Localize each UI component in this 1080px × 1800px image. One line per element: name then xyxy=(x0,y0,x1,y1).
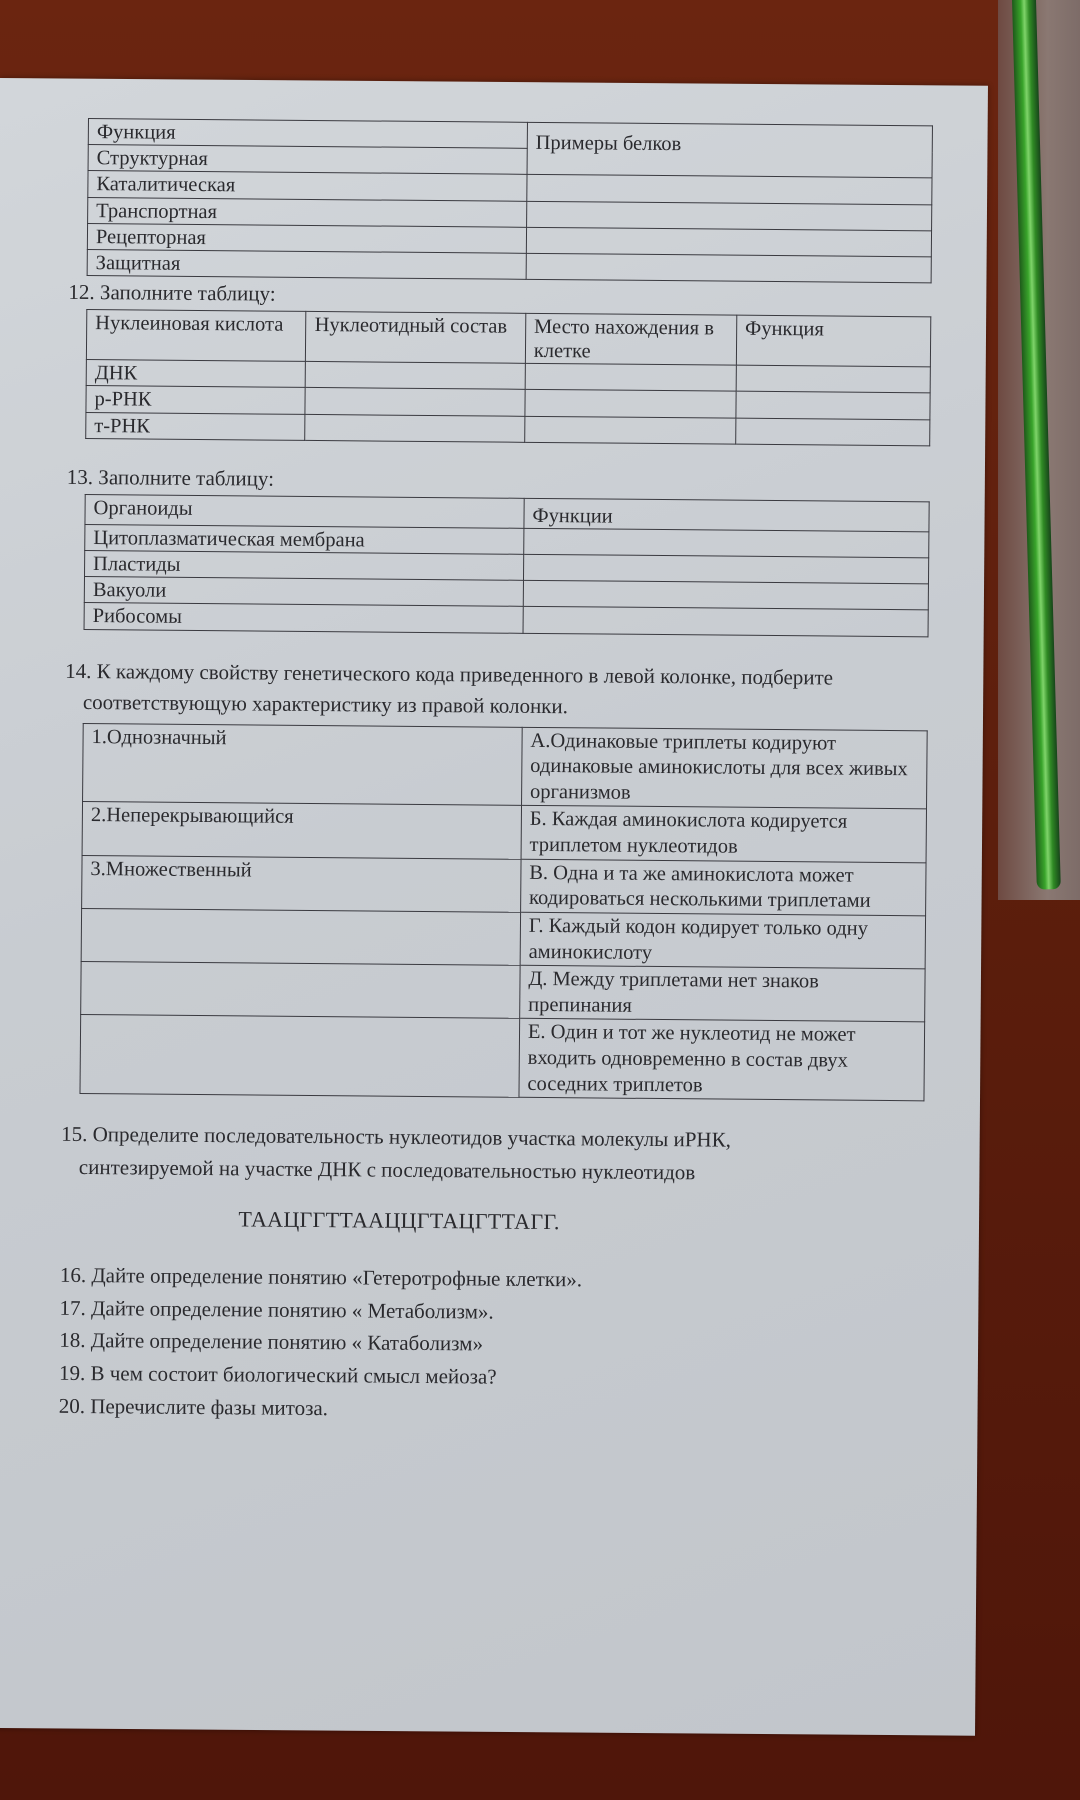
question-13-title: 13. Заполните таблицу: xyxy=(67,465,930,497)
table-cell: Каталитическая xyxy=(88,171,527,201)
property-cell xyxy=(81,962,520,1019)
answer-cell[interactable] xyxy=(736,392,930,420)
answer-cell[interactable] xyxy=(525,416,736,444)
table-cell: т-РНК xyxy=(86,412,306,440)
property-cell xyxy=(80,1015,520,1098)
property-cell: 3.Множественный xyxy=(82,855,521,912)
question-15-text: 15. Определите последовательность нуклео… xyxy=(61,1118,925,1191)
answer-cell[interactable] xyxy=(525,390,736,418)
answer-cell[interactable] xyxy=(526,253,931,283)
question-12-title: 12. Заполните таблицу: xyxy=(68,280,931,312)
table-cell: Транспортная xyxy=(88,197,527,227)
property-cell: 1.Однозначный xyxy=(83,723,523,806)
answer-cell[interactable] xyxy=(736,365,930,393)
answer-cell[interactable] xyxy=(305,388,525,416)
answer-cell[interactable] xyxy=(526,201,931,231)
table-cell: Структурная xyxy=(88,145,527,175)
worksheet-content: Функция Примеры белков Структурная Катал… xyxy=(77,118,933,1429)
question-list: 16. Дайте определение понятию «Гетеротро… xyxy=(59,1259,923,1429)
characteristic-cell: В. Одна и та же аминокислота может кодир… xyxy=(520,859,926,916)
table-cell: ДНК xyxy=(86,360,306,388)
characteristic-cell: Д. Между триплетами нет знаков препинани… xyxy=(520,965,926,1022)
answer-cell[interactable] xyxy=(524,528,929,558)
answer-cell[interactable] xyxy=(525,364,736,392)
answer-cell[interactable] xyxy=(306,362,526,390)
question-14-line-1: 14. К каждому свойству генетического код… xyxy=(65,658,833,689)
table-cell: Цитоплазматическая мембрана xyxy=(85,524,524,554)
table-cell: р-РНК xyxy=(86,386,306,414)
question-15-line-2: синтезируемой на участке ДНК с последова… xyxy=(61,1151,924,1191)
table-header: Органоиды xyxy=(85,494,524,528)
answer-cell[interactable] xyxy=(523,554,928,584)
table-header: Функция xyxy=(88,119,527,149)
answer-cell[interactable] xyxy=(527,175,932,205)
table-header: Нуклеотидный состав xyxy=(306,311,526,363)
protein-functions-table: Функция Примеры белков Структурная Катал… xyxy=(87,118,933,283)
nucleic-acids-table: Нуклеиновая кислота Нуклеотидный состав … xyxy=(85,309,931,446)
table-cell: Пластиды xyxy=(84,550,523,580)
table-header: Примеры белков xyxy=(527,122,933,178)
property-cell xyxy=(81,908,520,965)
characteristic-cell: Г. Каждый кодон кодирует только одну ами… xyxy=(520,912,926,969)
table-header: Функции xyxy=(524,498,929,532)
table-cell: Рибосомы xyxy=(84,603,523,633)
table-cell: Защитная xyxy=(87,249,526,279)
table-header: Функция xyxy=(736,315,931,367)
question-15-line-1: 15. Определите последовательность нуклео… xyxy=(61,1122,731,1152)
answer-cell[interactable] xyxy=(523,580,928,610)
question-14-text: 14. К каждому свойству генетического код… xyxy=(65,655,929,726)
table-header: Место нахождения в клетке xyxy=(525,313,736,365)
genetic-code-matching-table: 1.ОднозначныйА.Одинаковые триплеты кодир… xyxy=(79,723,927,1102)
property-cell: 2.Неперекрывающийся xyxy=(82,802,521,859)
table-cell: Вакуоли xyxy=(84,577,523,607)
dna-sequence: ТААЦГГТТААЦЦГТАЦГТТАГГ. xyxy=(238,1207,923,1239)
answer-cell[interactable] xyxy=(305,414,525,442)
answer-cell[interactable] xyxy=(523,607,928,637)
answer-cell[interactable] xyxy=(526,227,931,257)
organelles-table: Органоиды Функции Цитоплазматическая мем… xyxy=(84,494,930,637)
table-header: Нуклеиновая кислота xyxy=(86,309,306,361)
table-cell: Рецепторная xyxy=(87,223,526,253)
question-14-line-2: соответствующую характеристику из правой… xyxy=(65,687,928,726)
answer-cell[interactable] xyxy=(736,418,930,446)
characteristic-cell: Е. Один и тот же нуклеотид не может вход… xyxy=(519,1019,925,1101)
characteristic-cell: Б. Каждая аминокислота кодируется трипле… xyxy=(521,806,927,863)
characteristic-cell: А.Одинаковые триплеты кодируют одинаковы… xyxy=(521,727,927,809)
